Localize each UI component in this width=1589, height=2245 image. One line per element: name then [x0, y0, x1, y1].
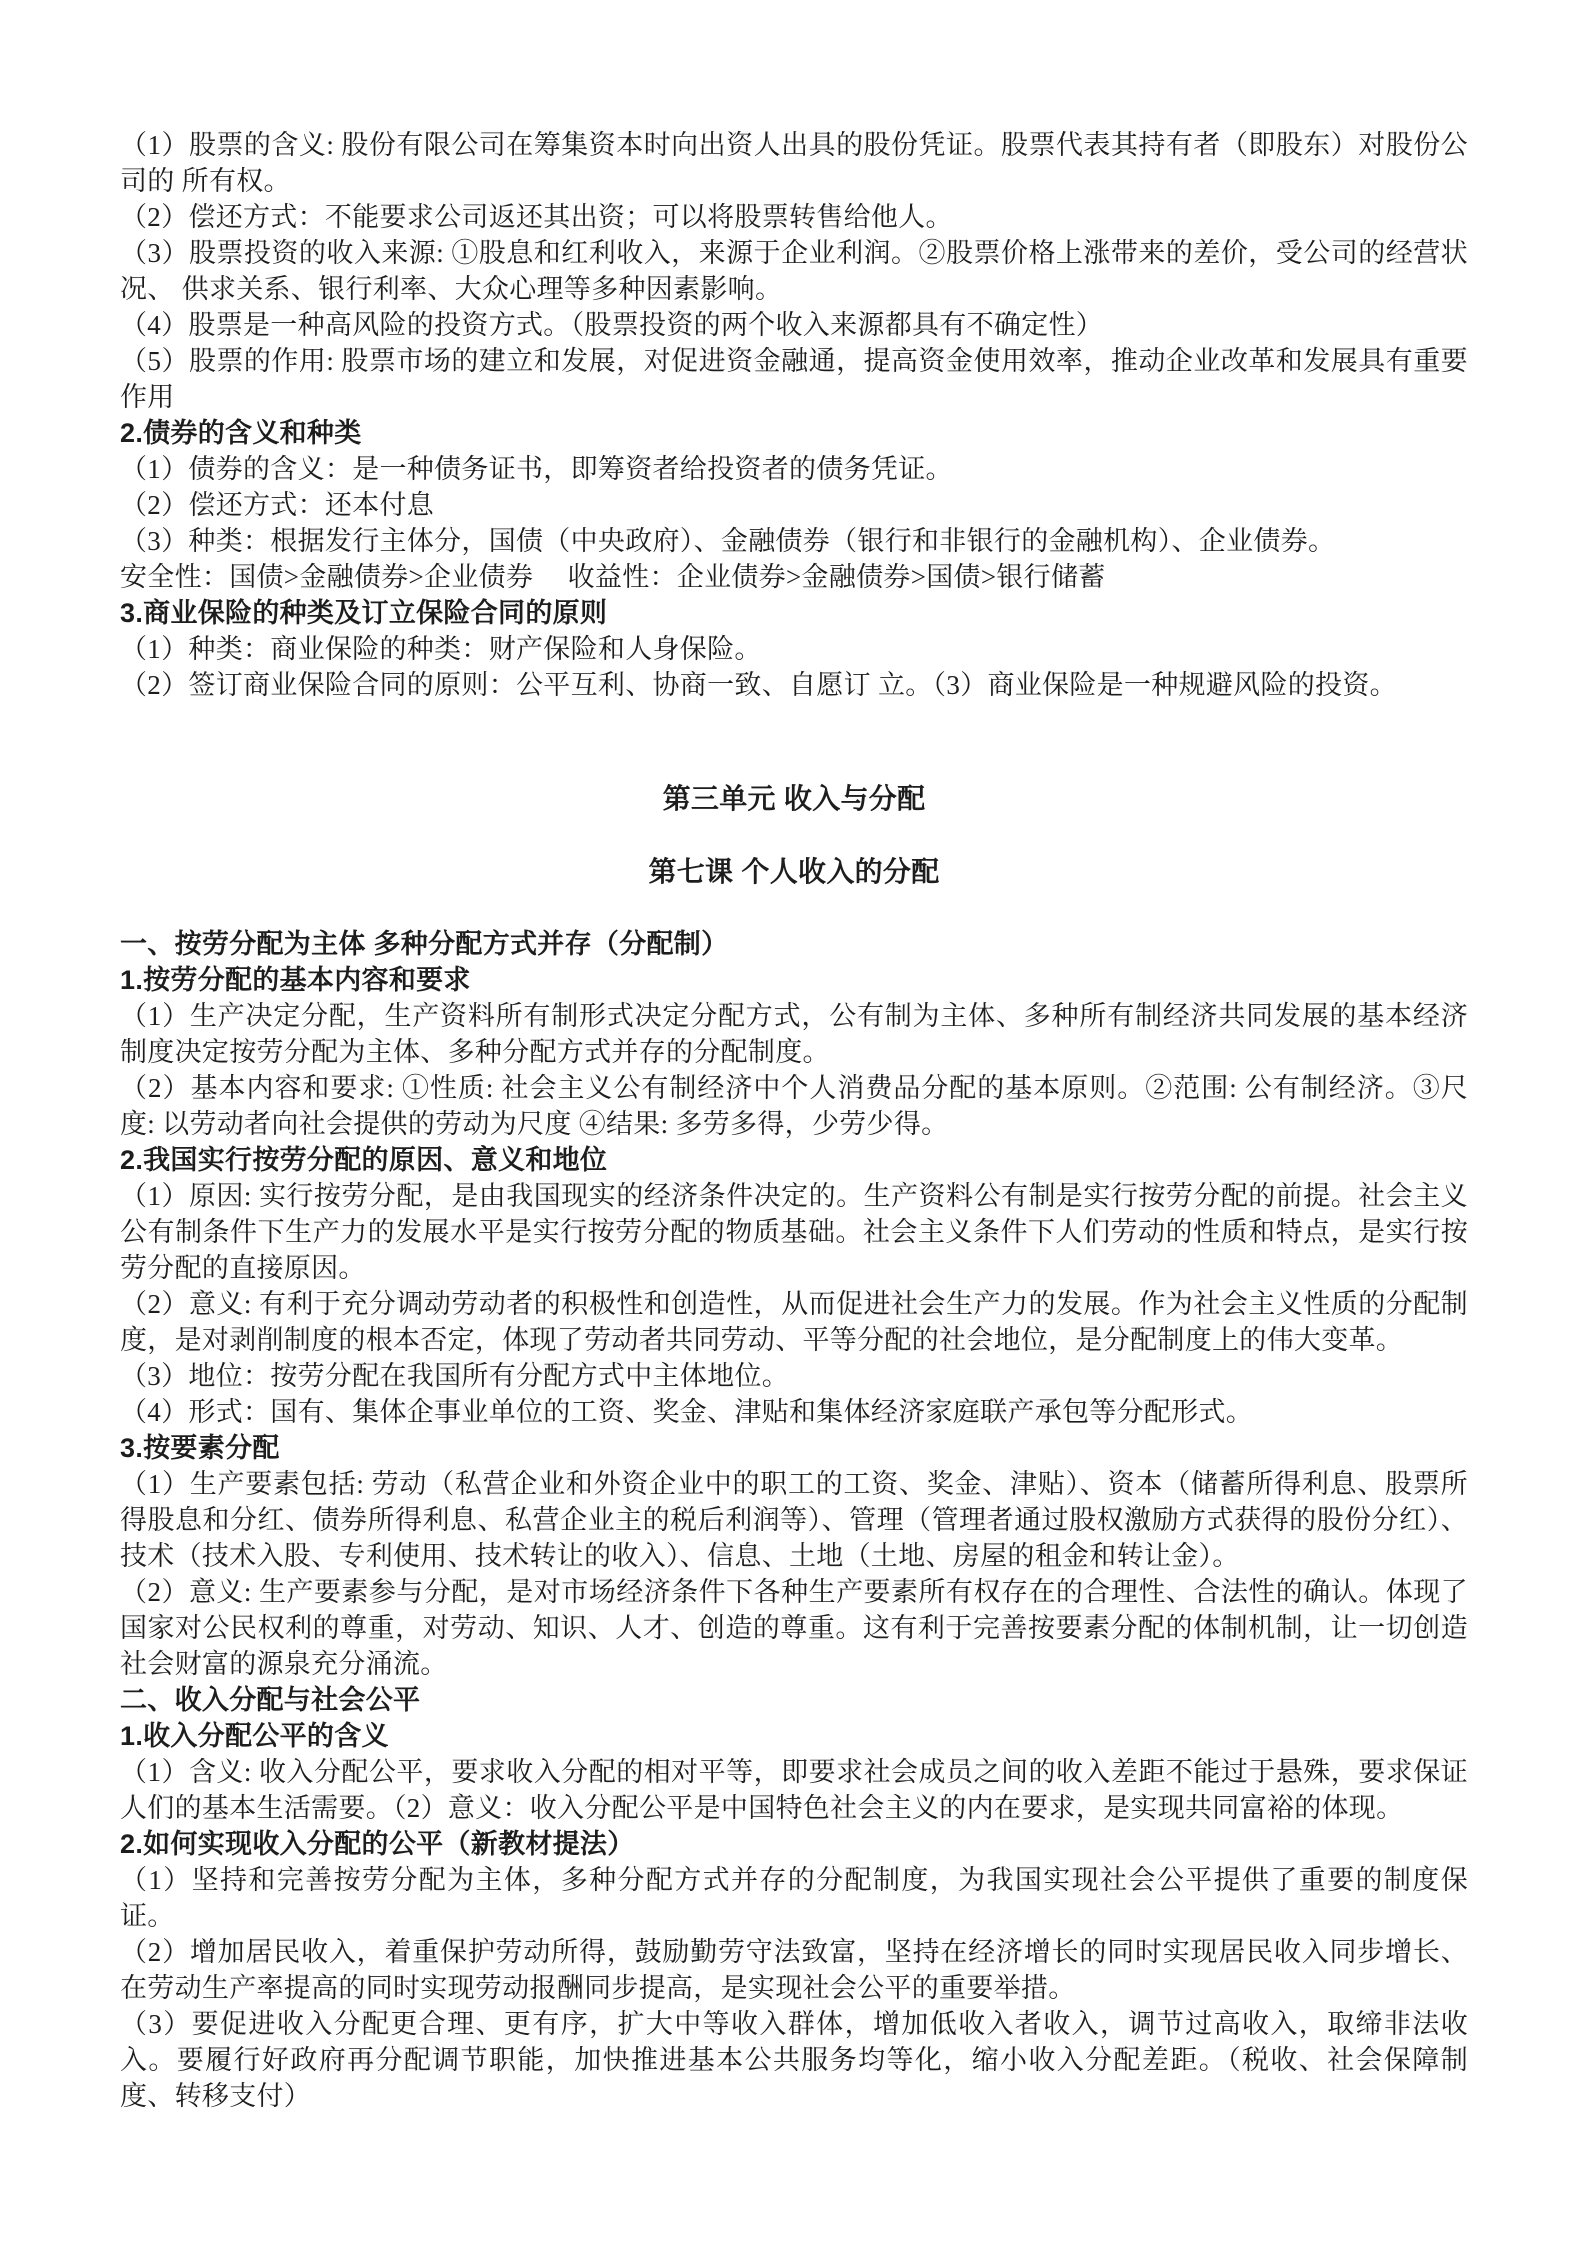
labor-distribution-reason-paragraph: （1）原因: 实行按劳分配，是由我国现实的经济条件决定的。生产资料公有制是实行按…: [120, 1178, 1468, 1286]
labor-distribution-content-heading: 1.按劳分配的基本内容和要求: [120, 962, 1468, 998]
bond-repayment-paragraph: （2）偿还方式：还本付息: [120, 487, 1468, 523]
labor-distribution-reason-heading: 2.我国实行按劳分配的原因、意义和地位: [120, 1142, 1468, 1178]
stock-meaning-paragraph: （1）股票的含义: 股份有限公司在筹集资本时向出资人出具的股份凭证。股票代表其持…: [120, 127, 1468, 199]
unit-title: 第三单元 收入与分配: [120, 781, 1468, 817]
bond-section-heading: 2.债券的含义和种类: [120, 415, 1468, 451]
fairness-howto-paragraph-2: （2）增加居民收入，着重保护劳动所得，鼓励勤劳守法致富，坚持在经济增长的同时实现…: [120, 1934, 1468, 2006]
stock-risk-paragraph: （4）股票是一种高风险的投资方式。（股票投资的两个收入来源都具有不确定性）: [120, 307, 1468, 343]
distribution-system-heading: 一、按劳分配为主体 多种分配方式并存（分配制）: [120, 926, 1468, 962]
fairness-howto-heading: 2.如何实现收入分配的公平（新教材提法）: [120, 1826, 1468, 1862]
fairness-howto-paragraph-3: （3）要促进收入分配更合理、更有序，扩大中等收入群体，增加低收入者收入，调节过高…: [120, 2006, 1468, 2114]
document-content: （1）股票的含义: 股份有限公司在筹集资本时向出资人出具的股份凭证。股票代表其持…: [120, 127, 1468, 2114]
labor-distribution-basis-paragraph: （1）生产决定分配，生产资料所有制形式决定分配方式，公有制为主体、多种所有制经济…: [120, 998, 1468, 1070]
labor-distribution-requirements-paragraph: （2）基本内容和要求: ①性质: 社会主义公有制经济中个人消费品分配的基本原则。…: [120, 1070, 1468, 1142]
bond-comparison-line: 安全性：国债>金融债券>企业债券 收益性：企业债券>金融债券>国债>银行储蓄: [120, 559, 1468, 595]
labor-distribution-forms-paragraph: （4）形式：国有、集体企事业单位的工资、奖金、津贴和集体经济家庭联产承包等分配形…: [120, 1394, 1468, 1430]
lesson-title: 第七课 个人收入的分配: [120, 854, 1468, 890]
income-fairness-heading: 二、收入分配与社会公平: [120, 1682, 1468, 1718]
document-page: （1）股票的含义: 股份有限公司在筹集资本时向出资人出具的股份凭证。股票代表其持…: [0, 0, 1589, 2245]
fairness-meaning-paragraph: （1）含义: 收入分配公平，要求收入分配的相对平等，即要求社会成员之间的收入差距…: [120, 1754, 1468, 1826]
factor-distribution-meaning-paragraph: （2）意义: 生产要素参与分配，是对市场经济条件下各种生产要素所有权存在的合理性…: [120, 1574, 1468, 1682]
insurance-principles-paragraph: （2）签订商业保险合同的原则：公平互利、协商一致、自愿订 立。（3）商业保险是一…: [120, 667, 1468, 703]
fairness-howto-paragraph-1: （1）坚持和完善按劳分配为主体，多种分配方式并存的分配制度，为我国实现社会公平提…: [120, 1862, 1468, 1934]
factor-distribution-includes-paragraph: （1）生产要素包括: 劳动（私营企业和外资企业中的职工的工资、奖金、津贴）、资本…: [120, 1466, 1468, 1574]
factor-distribution-heading: 3.按要素分配: [120, 1430, 1468, 1466]
labor-distribution-status-paragraph: （3）地位：按劳分配在我国所有分配方式中主体地位。: [120, 1358, 1468, 1394]
stock-income-source-paragraph: （3）股票投资的收入来源: ①股息和红利收入，来源于企业利润。②股票价格上涨带来…: [120, 235, 1468, 307]
labor-distribution-meaning-paragraph: （2）意义: 有利于充分调动劳动者的积极性和创造性，从而促进社会生产力的发展。作…: [120, 1286, 1468, 1358]
bond-types-paragraph: （3）种类：根据发行主体分，国债（中央政府）、金融债券（银行和非银行的金融机构）…: [120, 523, 1468, 559]
fairness-meaning-heading: 1.收入分配公平的含义: [120, 1718, 1468, 1754]
stock-repayment-paragraph: （2）偿还方式：不能要求公司返还其出资；可以将股票转售给他人。: [120, 199, 1468, 235]
insurance-section-heading: 3.商业保险的种类及订立保险合同的原则: [120, 595, 1468, 631]
insurance-types-paragraph: （1）种类：商业保险的种类：财产保险和人身保险。: [120, 631, 1468, 667]
stock-role-paragraph: （5）股票的作用: 股票市场的建立和发展，对促进资金融通，提高资金使用效率，推动…: [120, 343, 1468, 415]
bond-meaning-paragraph: （1）债券的含义：是一种债务证书，即筹资者给投资者的债务凭证。: [120, 451, 1468, 487]
